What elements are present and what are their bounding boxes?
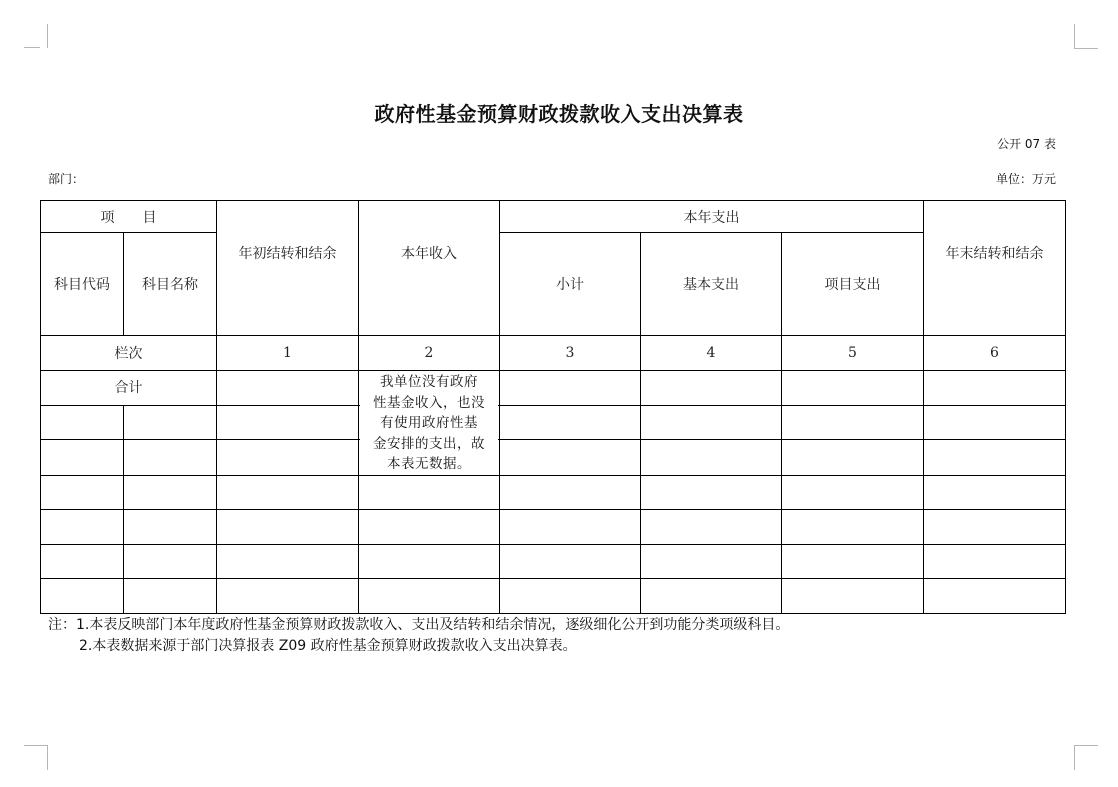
subject-name-cell[interactable] xyxy=(124,579,217,614)
column-index-cell: 5 xyxy=(782,336,924,371)
table-row xyxy=(41,545,1066,579)
subject-name-cell[interactable] xyxy=(124,440,217,476)
header-subject-name: 科目名称 xyxy=(124,233,217,336)
column-index-cell: 2 xyxy=(359,336,500,371)
header-opening-balance-label: 年初结转和结余 xyxy=(239,246,337,262)
header-closing-balance-label: 年末结转和结余 xyxy=(946,246,1044,262)
table-cell[interactable] xyxy=(641,579,782,614)
table-cell[interactable] xyxy=(641,545,782,579)
table-row xyxy=(41,510,1066,545)
total-label: 合计 xyxy=(41,371,217,406)
table-cell[interactable] xyxy=(500,579,641,614)
table-cell[interactable] xyxy=(359,476,500,510)
column-index-label: 栏次 xyxy=(41,336,217,371)
header-basic-expense: 基本支出 xyxy=(641,233,782,336)
table-row xyxy=(41,476,1066,510)
column-index-row: 栏次 1 2 3 4 5 6 xyxy=(41,336,1066,371)
crop-mark-top-right-v xyxy=(1074,24,1075,48)
column-index-cell: 4 xyxy=(641,336,782,371)
table-cell[interactable] xyxy=(217,406,359,440)
table-cell[interactable] xyxy=(924,545,1066,579)
table-cell[interactable] xyxy=(782,476,924,510)
header-project-expense: 项目支出 xyxy=(782,233,924,336)
table-cell[interactable] xyxy=(217,371,359,406)
table-cell[interactable] xyxy=(500,545,641,579)
table-cell[interactable] xyxy=(924,371,1066,406)
subject-code-cell[interactable] xyxy=(41,510,124,545)
subject-name-cell[interactable] xyxy=(124,406,217,440)
crop-mark-top-left-h xyxy=(24,47,40,48)
notes: 注：1.本表反映部门本年度政府性基金预算财政拨款收入、支出及结转和结余情况，逐级… xyxy=(48,615,789,657)
header-item-group: 项 目 xyxy=(41,201,217,233)
table-cell[interactable] xyxy=(641,510,782,545)
table-cell[interactable] xyxy=(782,440,924,476)
total-label-text: 合计 xyxy=(115,380,143,396)
table-cell[interactable] xyxy=(217,510,359,545)
crop-mark-bottom-left-v xyxy=(47,745,48,770)
table-cell[interactable] xyxy=(217,440,359,476)
table-cell[interactable] xyxy=(924,579,1066,614)
table-row xyxy=(41,440,1066,476)
subject-name-cell[interactable] xyxy=(124,510,217,545)
subject-code-cell[interactable] xyxy=(41,476,124,510)
total-row: 合计 xyxy=(41,371,1066,406)
header-closing-balance: 年末结转和结余 xyxy=(924,201,1066,336)
table-cell[interactable] xyxy=(641,476,782,510)
table-cell[interactable] xyxy=(641,406,782,440)
header-subject-code: 科目代码 xyxy=(41,233,124,336)
table-row xyxy=(41,406,1066,440)
note-line-1: 注：1.本表反映部门本年度政府性基金预算财政拨款收入、支出及结转和结余情况，逐级… xyxy=(48,615,789,636)
table-cell[interactable] xyxy=(500,476,641,510)
subject-code-cell[interactable] xyxy=(41,545,124,579)
table-cell[interactable] xyxy=(359,579,500,614)
subject-code-cell[interactable] xyxy=(41,406,124,440)
department-label: 部门： xyxy=(48,170,84,187)
subject-code-cell[interactable] xyxy=(41,579,124,614)
header-current-income: 本年收入 xyxy=(359,201,500,336)
header-current-expense-group: 本年支出 xyxy=(500,201,924,233)
table-cell[interactable] xyxy=(500,371,641,406)
table-cell[interactable] xyxy=(924,406,1066,440)
crop-mark-bottom-right-v xyxy=(1074,745,1075,770)
table-cell[interactable] xyxy=(500,406,641,440)
table-cell[interactable] xyxy=(782,406,924,440)
table-row xyxy=(41,579,1066,614)
column-index-cell: 1 xyxy=(217,336,359,371)
table-cell[interactable] xyxy=(217,545,359,579)
crop-mark-bottom-right-h xyxy=(1074,745,1098,746)
header-current-income-label: 本年收入 xyxy=(401,246,457,262)
column-index-cell: 6 xyxy=(924,336,1066,371)
table-cell[interactable] xyxy=(782,579,924,614)
unit-label: 单位：万元 xyxy=(996,170,1056,187)
header-subtotal: 小计 xyxy=(500,233,641,336)
subject-name-cell[interactable] xyxy=(124,476,217,510)
table-cell[interactable] xyxy=(924,510,1066,545)
no-data-textbox: 我单位没有政府 性基金收入，也没 有使用政府性基 金安排的支出，故 本表无数据。 xyxy=(360,372,498,474)
table-cell[interactable] xyxy=(782,371,924,406)
table-cell[interactable] xyxy=(217,579,359,614)
header-opening-balance: 年初结转和结余 xyxy=(217,201,359,336)
crop-mark-top-left-v xyxy=(47,24,48,48)
table-cell[interactable] xyxy=(641,371,782,406)
table-cell[interactable] xyxy=(500,440,641,476)
table-cell[interactable] xyxy=(641,440,782,476)
subject-name-cell[interactable] xyxy=(124,545,217,579)
note-line-2: 2.本表数据来源于部门决算报表 Z09 政府性基金预算财政拨款收入支出决算表。 xyxy=(48,636,789,657)
form-number: 公开 07 表 xyxy=(997,135,1056,152)
table-cell[interactable] xyxy=(782,545,924,579)
table-cell[interactable] xyxy=(924,476,1066,510)
table-cell[interactable] xyxy=(217,476,359,510)
table-cell[interactable] xyxy=(359,510,500,545)
page-title: 政府性基金预算财政拨款收入支出决算表 xyxy=(0,98,1118,127)
table-cell[interactable] xyxy=(500,510,641,545)
table-cell[interactable] xyxy=(924,440,1066,476)
table-cell[interactable] xyxy=(359,545,500,579)
column-index-cell: 3 xyxy=(500,336,641,371)
table-cell[interactable] xyxy=(782,510,924,545)
crop-mark-top-right-h xyxy=(1074,48,1098,49)
subject-code-cell[interactable] xyxy=(41,440,124,476)
budget-table: 项 目 年初结转和结余 本年收入 本年支出 年末结转和结余 科目代码 科目名称 … xyxy=(40,200,1066,614)
crop-mark-bottom-left-h xyxy=(24,745,48,746)
